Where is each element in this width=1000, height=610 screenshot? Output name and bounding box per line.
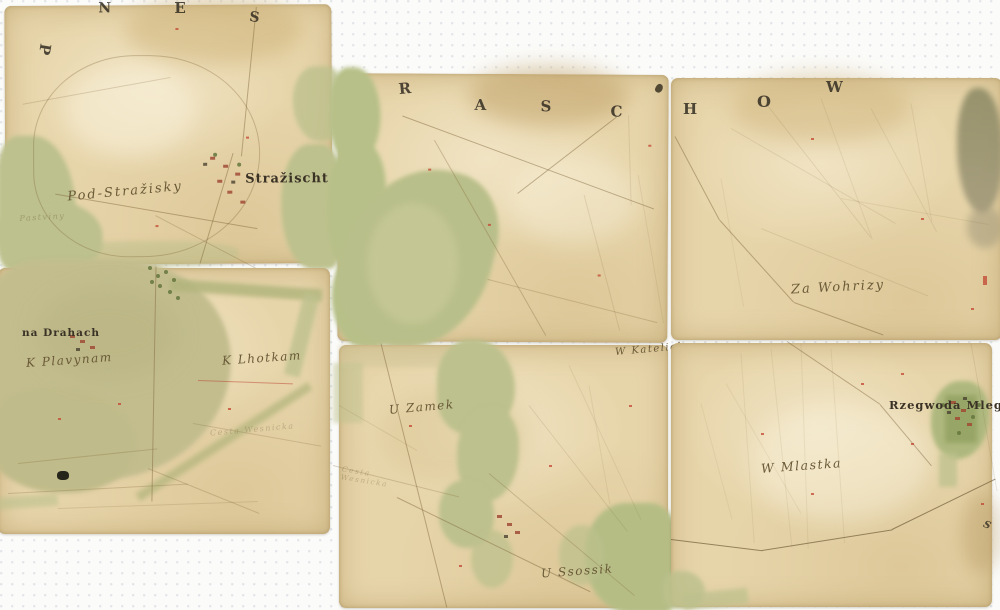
building-marker — [497, 515, 502, 518]
sheet-letter-s: S — [540, 99, 551, 114]
red-parcel-mark — [58, 418, 61, 420]
red-edge-mark — [983, 276, 987, 285]
settlement-label: Rzegwoda Mlegn — [889, 400, 1000, 412]
sheet-letter-e: E — [174, 1, 186, 16]
red-parcel-mark — [901, 373, 904, 375]
building-marker — [504, 535, 508, 538]
map-sheet-bottom-right: Rzegwoda Mlegn W Mlastka S — [671, 343, 992, 607]
building-marker — [515, 531, 520, 534]
building-marker — [217, 180, 222, 183]
building-marker — [76, 348, 80, 351]
map-mosaic: P N E S Pod-Stražisky Stražischt Pastvin… — [0, 0, 1000, 610]
tree-marker — [150, 280, 154, 284]
tree-marker — [172, 278, 176, 282]
building-marker — [955, 417, 960, 420]
red-parcel-mark — [228, 408, 231, 410]
tree-marker — [237, 163, 241, 167]
road-line — [671, 539, 762, 551]
sheet-letter-o: O — [757, 94, 771, 110]
dark-edge-stain — [957, 88, 1000, 213]
dark-edge-stain — [967, 206, 1000, 248]
tree-marker — [148, 266, 152, 270]
red-parcel-mark — [921, 218, 924, 220]
building-marker — [240, 201, 245, 204]
green-valley — [471, 530, 513, 588]
green-area — [0, 494, 58, 511]
faint-label: Cesta Wesnicka — [340, 466, 388, 489]
corner-mark — [654, 83, 665, 94]
green-area — [284, 291, 320, 377]
red-parcel-mark — [246, 137, 249, 139]
red-parcel-mark — [409, 425, 412, 427]
parcel-line — [701, 403, 733, 519]
tree-marker — [158, 284, 162, 288]
building-marker — [203, 163, 207, 166]
sheet-letter-p: P — [36, 42, 53, 56]
red-parcel-mark — [648, 145, 651, 147]
sheet-letter-c: C — [610, 105, 622, 120]
place-label: na Drahach — [22, 328, 100, 339]
map-sheet-top-left: P N E S Pod-Stražisky Stražischt Pastvin… — [4, 4, 332, 265]
red-parcel-mark — [549, 465, 552, 467]
building-marker — [227, 191, 232, 194]
stain — [961, 493, 1000, 573]
building-marker — [80, 340, 85, 343]
red-parcel-mark — [981, 503, 984, 505]
road-line — [762, 529, 893, 551]
building-marker — [231, 181, 235, 184]
tree-marker — [971, 415, 975, 419]
red-parcel-mark — [911, 443, 914, 445]
region-label: Za Wohrizy — [791, 279, 886, 298]
sheet-letter-n: N — [98, 1, 111, 15]
green-wedge — [367, 203, 458, 323]
settlement-label: Stražischt — [245, 172, 329, 185]
red-parcel-mark — [811, 138, 814, 140]
tree-marker — [168, 290, 172, 294]
road-line — [488, 279, 658, 323]
red-parcel-mark — [488, 224, 491, 226]
building-marker — [223, 165, 228, 168]
red-parcel-mark — [175, 28, 178, 30]
red-parcel-mark — [459, 565, 462, 567]
stain — [508, 154, 638, 245]
red-parcel-mark — [761, 433, 764, 435]
road-line — [675, 136, 720, 220]
red-parcel-mark — [629, 405, 632, 407]
road-line — [148, 468, 260, 514]
tree-marker — [957, 431, 961, 435]
faint-label: Cesta Wesnicka — [210, 422, 295, 438]
green-area — [333, 363, 363, 423]
sheet-letter-w: W — [826, 80, 843, 95]
building-marker — [235, 173, 240, 176]
tree-marker — [176, 296, 180, 300]
map-sheet-bottom-left: na Drahach K Plavynam K Lhotkam Cesta We… — [0, 268, 330, 534]
red-parcel-mark — [118, 403, 121, 405]
building-marker — [967, 423, 972, 426]
red-parcel-mark — [428, 169, 431, 171]
building-marker — [90, 346, 95, 349]
red-parcel-mark — [971, 308, 974, 310]
sheet-letter-a: A — [474, 98, 486, 113]
sheet-letter-h: H — [683, 102, 697, 117]
parcel-line — [569, 365, 642, 519]
field-boundary — [33, 55, 261, 258]
red-parcel-mark — [598, 274, 601, 276]
red-parcel-mark — [861, 383, 864, 385]
tree-marker — [213, 153, 217, 157]
map-sheet-top-right: H O W Za Wohrizy — [671, 78, 1000, 340]
dark-spot — [57, 471, 69, 480]
sheet-letter-s: S — [248, 10, 260, 25]
road-line — [794, 302, 884, 335]
green-area — [939, 453, 957, 487]
map-sheet-top-middle: R A S C — [337, 73, 668, 343]
tree-marker — [156, 274, 160, 278]
road-line — [58, 501, 258, 509]
parcel-line — [841, 198, 989, 225]
building-marker — [210, 157, 215, 160]
stain — [468, 66, 628, 127]
parcel-line — [638, 175, 664, 323]
map-sheet-bottom-middle: W Katelich U Zamek U Ssossik Cesta Wesni… — [339, 345, 668, 608]
red-parcel-mark — [155, 225, 158, 227]
parcel-line — [529, 405, 628, 532]
sheet-letter-r: R — [398, 81, 412, 97]
tree-marker — [164, 270, 168, 274]
red-parcel-mark — [811, 493, 814, 495]
building-marker — [507, 523, 512, 526]
